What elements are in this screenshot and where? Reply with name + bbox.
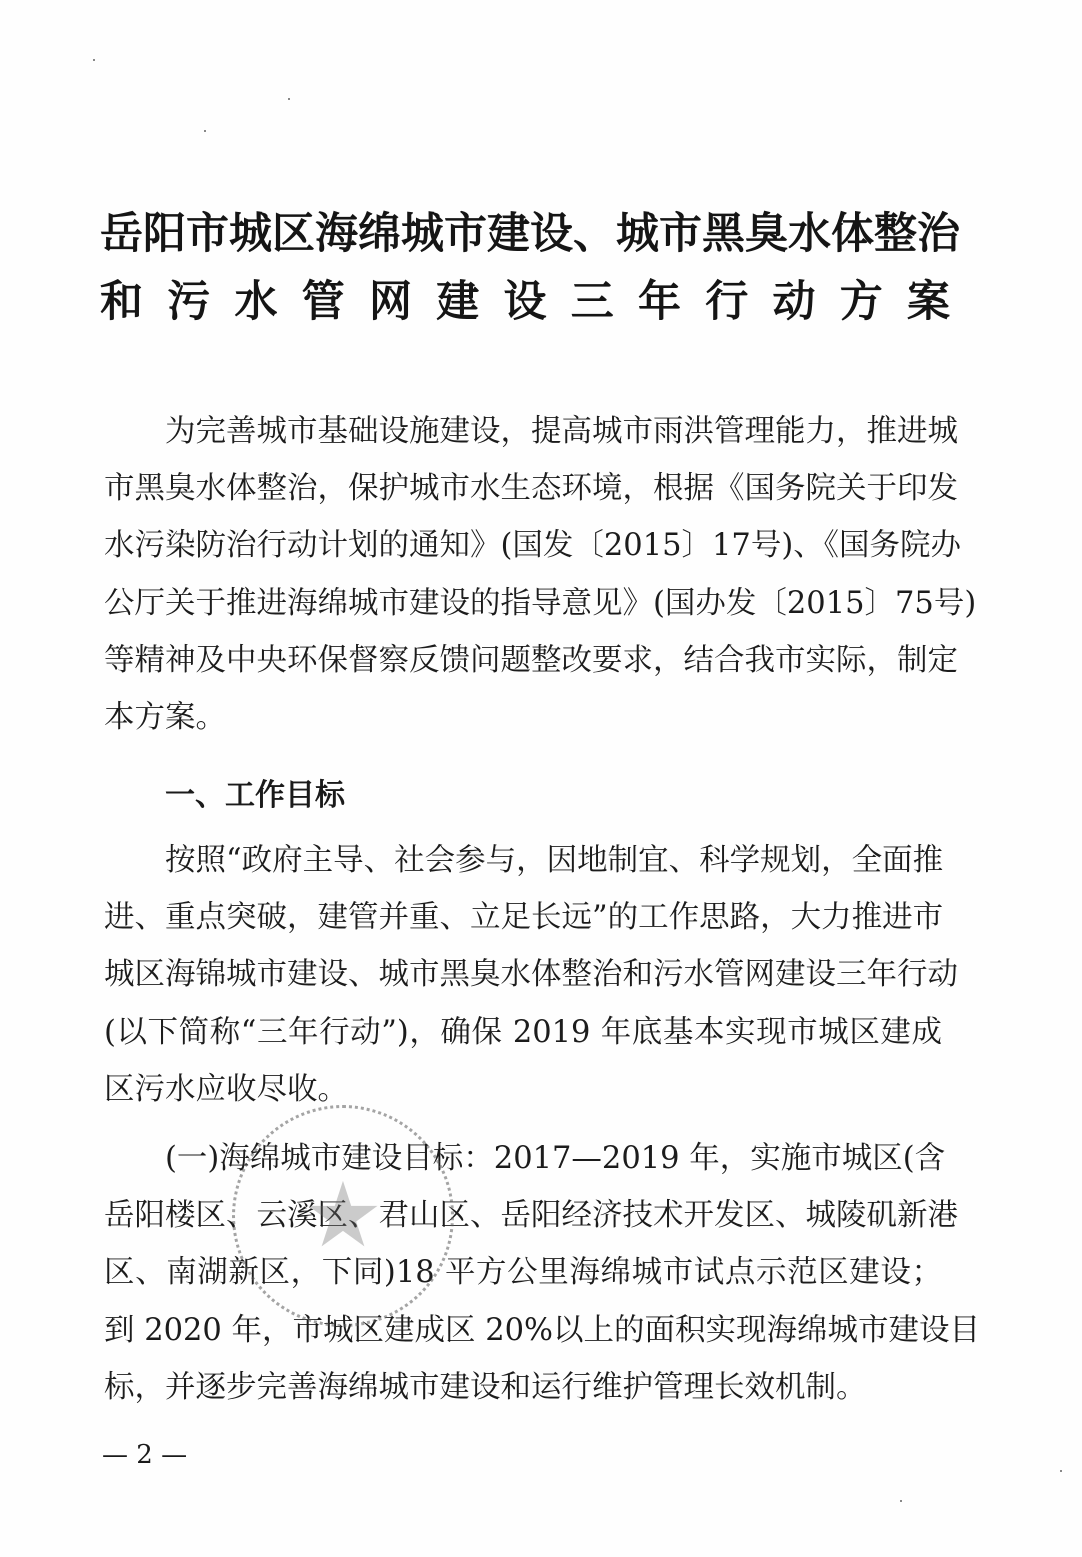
intro-paragraph: 为完善城市基础设施建设，提高城市雨洪管理能力，推进城 市黑臭水体整治，保护城市水…: [104, 403, 942, 746]
scan-speck: [1060, 1470, 1062, 1472]
intro-line-3: 水污染防治行动计划的通知》(国发〔2015〕17号)、《国务院办: [104, 517, 942, 574]
title-line-2: 和污水管网建设三年行动方案: [100, 268, 950, 336]
sub-line-5: 标，并逐步完善海绵城市建设和运行维护管理长效机制。: [104, 1359, 942, 1416]
title-line-1: 岳阳市城区海绵城市建设、城市黑臭水体整治: [100, 200, 950, 268]
sub-line-1: (一)海绵城市建设目标：2017—2019 年，实施市城区(含: [104, 1130, 942, 1187]
document-title: 岳阳市城区海绵城市建设、城市黑臭水体整治 和污水管网建设三年行动方案: [100, 200, 950, 336]
scan-speck: [93, 59, 95, 61]
intro-line-4: 公厅关于推进海绵城市建设的指导意见》(国办发〔2015〕75号): [104, 575, 942, 632]
goal-line-4: (以下简称“三年行动”)，确保 2019 年底基本实现市城区建成: [104, 1004, 942, 1061]
sub-line-4: 到 2020 年，市城区建成区 20%以上的面积实现海绵城市建设目: [104, 1302, 942, 1359]
sub-line-3: 区、南湖新区，下同)18 平方公里海绵城市试点示范区建设；: [104, 1244, 942, 1301]
page-number: — 2 —: [102, 1440, 187, 1470]
sponge-city-goal-paragraph: (一)海绵城市建设目标：2017—2019 年，实施市城区(含 岳阳楼区、云溪区…: [104, 1130, 942, 1416]
goal-line-5: 区污水应收尽收。: [104, 1061, 942, 1118]
intro-line-5: 等精神及中央环保督察反馈问题整改要求，结合我市实际，制定: [104, 632, 942, 689]
intro-line-2: 市黑臭水体整治，保护城市水生态环境，根据《国务院关于印发: [104, 460, 942, 517]
sub-line-2: 岳阳楼区、云溪区、君山区、岳阳经济技术开发区、城陵矶新港: [104, 1187, 942, 1244]
goal-paragraph: 按照“政府主导、社会参与，因地制宜、科学规划，全面推 进、重点突破，建管并重、立…: [104, 832, 942, 1118]
goal-line-3: 城区海锦城市建设、城市黑臭水体整治和污水管网建设三年行动: [104, 946, 942, 1003]
goal-line-1: 按照“政府主导、社会参与，因地制宜、科学规划，全面推: [104, 832, 942, 889]
goal-line-2: 进、重点突破，建管并重、立足长远”的工作思路，大力推进市: [104, 889, 942, 946]
intro-line-6: 本方案。: [104, 689, 942, 746]
scan-speck: [288, 98, 290, 100]
scan-speck: [204, 130, 206, 132]
section-heading: 一、工作目标: [165, 771, 345, 821]
document-page: 岳阳市城区海绵城市建设、城市黑臭水体整治 和污水管网建设三年行动方案 为完善城市…: [0, 0, 1082, 1557]
scan-speck: [900, 1500, 902, 1502]
intro-line-1: 为完善城市基础设施建设，提高城市雨洪管理能力，推进城: [104, 403, 942, 460]
